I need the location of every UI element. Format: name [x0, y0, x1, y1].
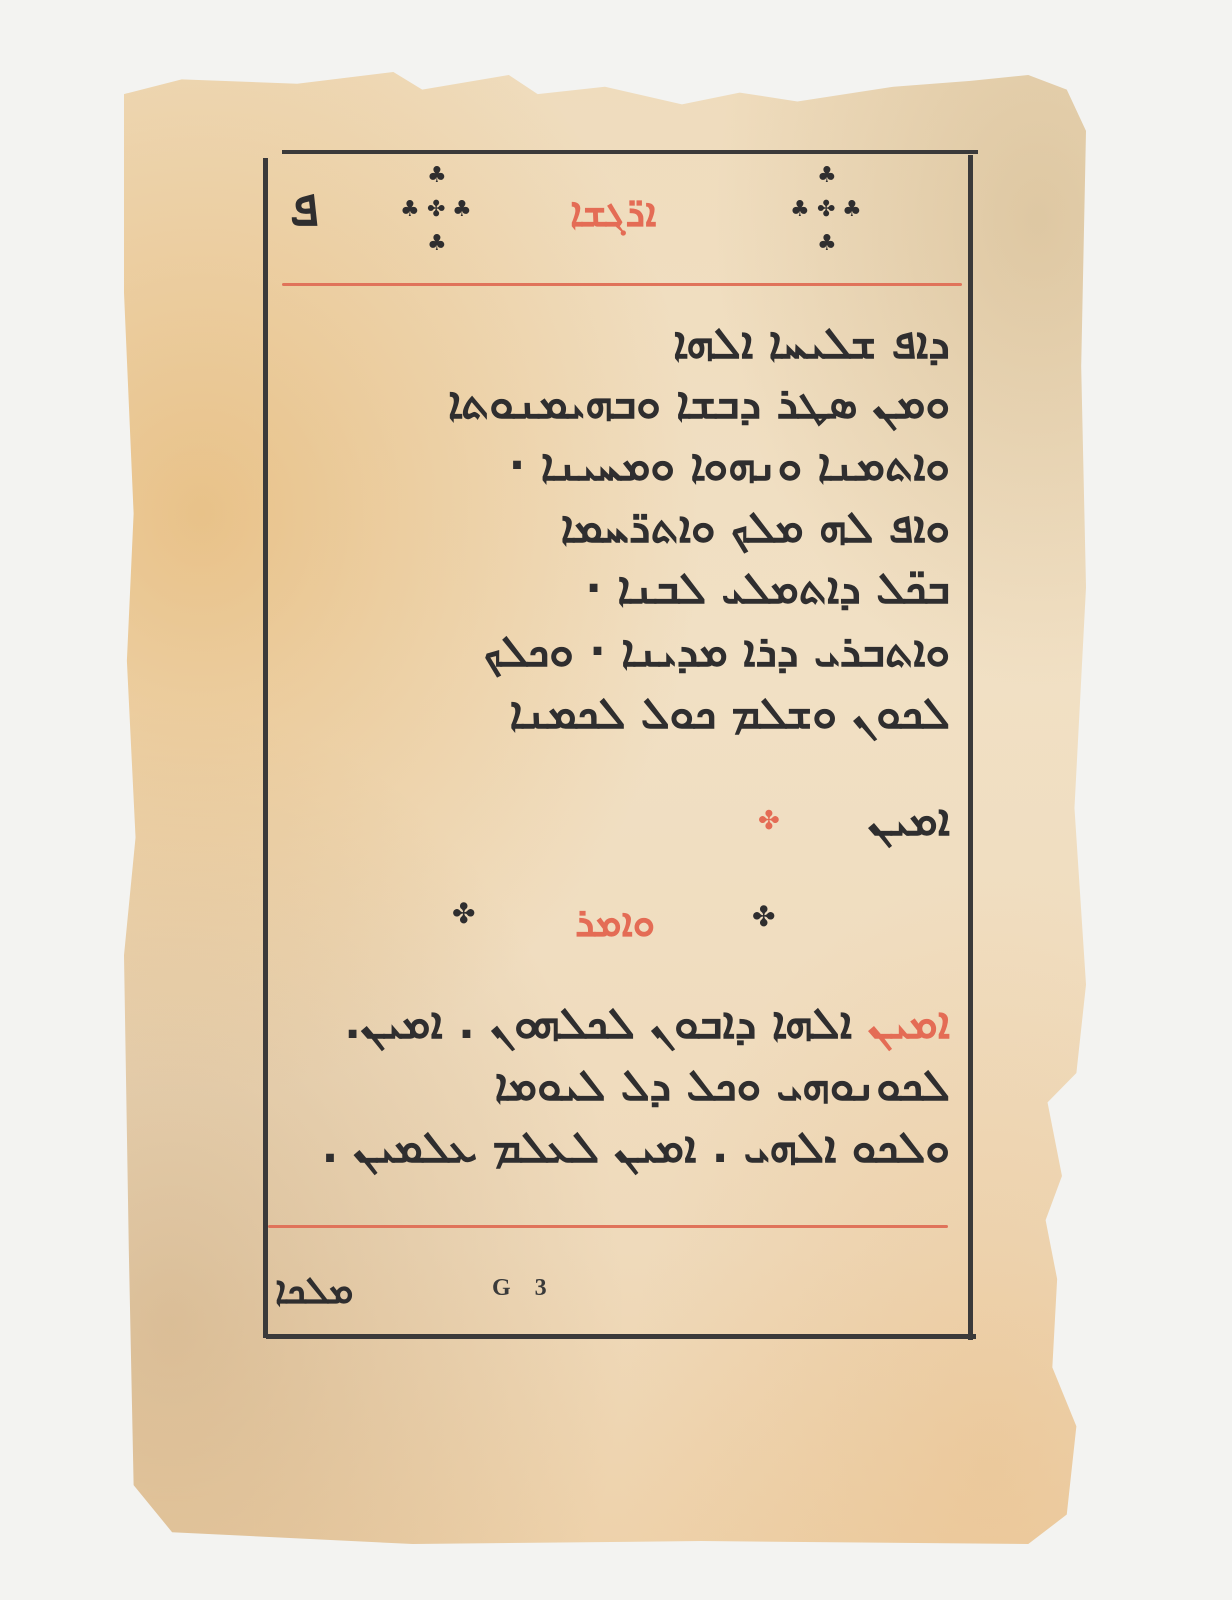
- text-line: ܒܟ̈ܠ ܕܐܬܡܠܝ ܠܒܢܐ ·: [585, 563, 950, 614]
- text-line: ܘܡܢ ܣܛܪ ܕܒܫܐ ܘܒܗܝܡܢܘܬܐ: [448, 378, 950, 429]
- text-line: ܘܐܦ ܠܗ ܡܠܟ ܘܐܬܪ̈ܚܡܐ: [561, 502, 950, 553]
- text-line: ܘܐܬܒܪܝ ܕܪܐ ܡܕܝܢܐ · ܘܟܠܟ: [484, 626, 950, 677]
- text-line: ܐܡܝܢ: [868, 795, 950, 846]
- end-ornament-icon: ✤: [758, 808, 780, 834]
- text-line: ܘܐܬܡܢܐ ܘܢܗܘܐ ܘܡܚܝܢܐ ·: [509, 440, 950, 491]
- section-ornament-right-icon: ✤: [752, 903, 775, 931]
- ornament-left-icon: ♣ ♣ ✤ ♣ ♣: [400, 165, 470, 265]
- text-line: ܐܠܗܐ ܕܐܒܘܢ ܠܟܠܗܘܢ . ܐܡܝܢ.: [344, 998, 852, 1049]
- header-red-rule: [282, 283, 962, 286]
- text-line: ܘܠܟܘ ܐܠܗܝ . ܐܡܝܢ ܠܥܠܡ ܥܠܡܝܢ .: [322, 1122, 950, 1173]
- frame-top-border: [282, 150, 978, 154]
- signature-mark: G 3: [492, 1275, 547, 1302]
- frame-bottom-border: [266, 1334, 976, 1339]
- folio-number: ܦ: [290, 178, 319, 239]
- ornament-right-icon: ♣ ♣ ✤ ♣ ♣: [790, 165, 860, 265]
- text-line: ܠܟܘܢ ܘܫܠܡ ܟܘܠ ܠܟܡܢܐ: [509, 688, 950, 739]
- section-heading-rubric: ܘܐܡܪ: [575, 900, 655, 946]
- rubric-first-word: ܐܡܝܢ: [868, 998, 950, 1049]
- text-line: ܠܟܘܢܘܗܝ ܘܟܠ ܕܠ ܠܝܘܡܐ: [494, 1060, 950, 1111]
- text-line: ܕܐܦ ܫܠܝܚܐ ܐܠܗܐ: [673, 318, 950, 369]
- catchword: ܡܠܟܐ: [275, 1268, 353, 1313]
- frame-left-border: [263, 158, 268, 1338]
- frame-right-border: [968, 155, 973, 1340]
- header-rubric-title: ܐܪ̈ܓܫܐ: [570, 190, 656, 236]
- footer-red-rule: [268, 1225, 948, 1228]
- section-ornament-left-icon: ✤: [452, 900, 475, 928]
